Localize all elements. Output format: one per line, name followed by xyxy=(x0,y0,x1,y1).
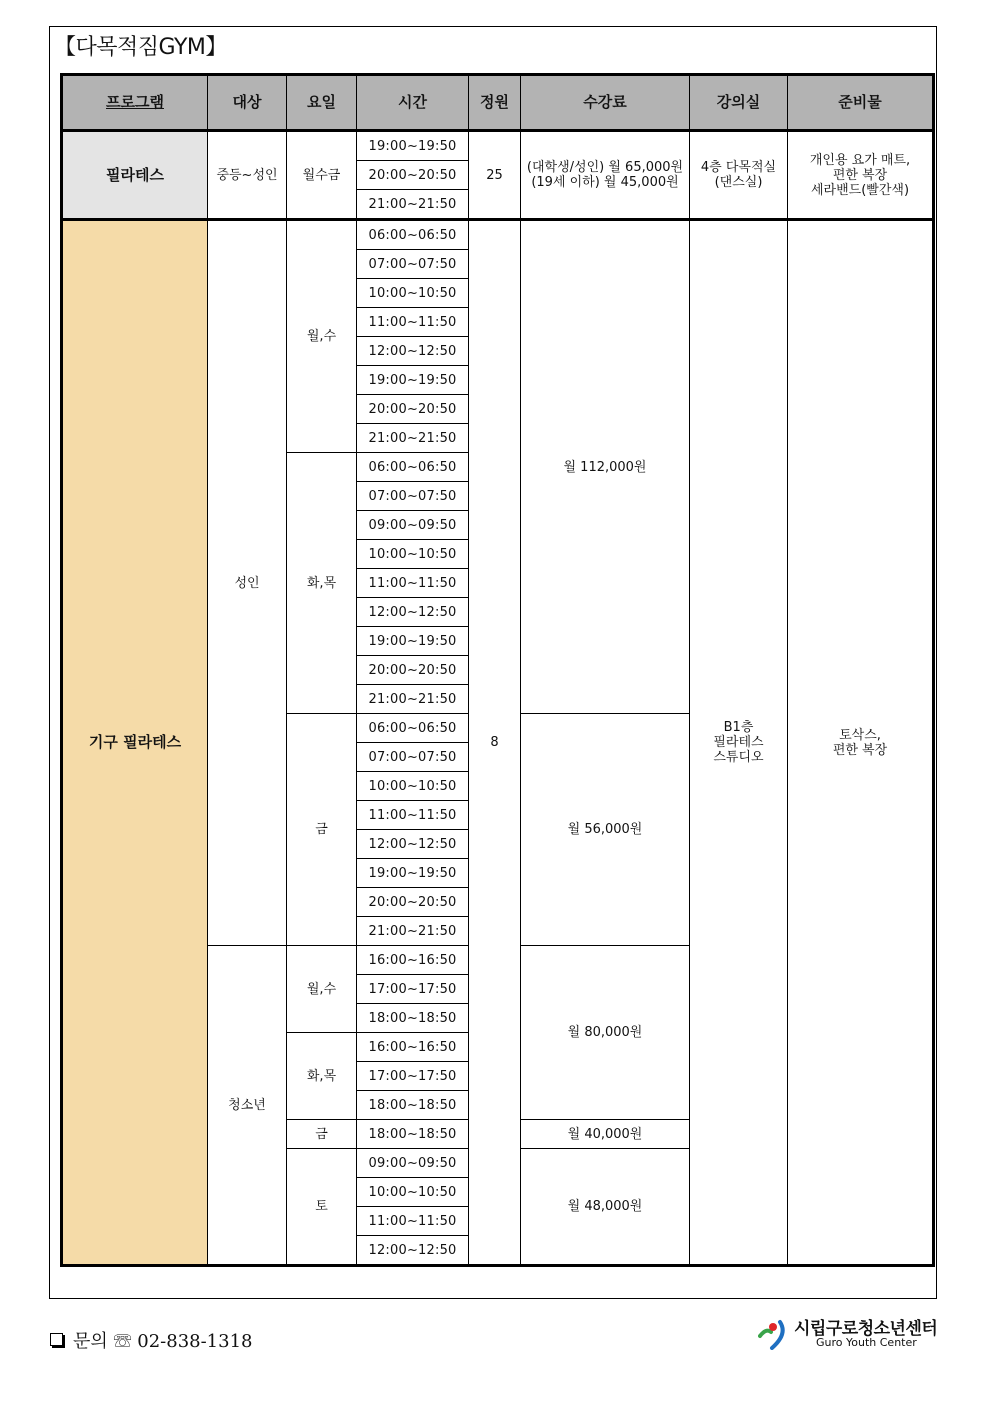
fee-cell: 월 112,000원 xyxy=(521,220,690,714)
guro-youth-center-logo-icon xyxy=(758,1318,788,1350)
time-cell: 10:00~10:50 xyxy=(357,772,469,801)
fee-cell: 월 48,000원 xyxy=(521,1149,690,1266)
time-cell: 11:00~11:50 xyxy=(357,308,469,337)
table-row: 기구 필라테스성인월,수06:00~06:508월 112,000원B1층 필라… xyxy=(62,220,934,250)
days-cell: 월,수 xyxy=(287,946,357,1033)
table-row: 필라테스중등~성인월수금19:00~19:5025(대학생/성인) 월 65,0… xyxy=(62,131,934,161)
capacity-cell: 25 xyxy=(469,131,521,220)
room-cell: B1층 필라테스 스튜디오 xyxy=(690,220,788,1266)
fee-cell: (대학생/성인) 월 65,000원 (19세 이하) 월 45,000원 xyxy=(521,131,690,220)
fee-cell: 월 80,000원 xyxy=(521,946,690,1120)
header-fee: 수강료 xyxy=(521,75,690,131)
capacity-cell: 8 xyxy=(469,220,521,1266)
time-cell: 06:00~06:50 xyxy=(357,714,469,743)
time-cell: 18:00~18:50 xyxy=(357,1091,469,1120)
time-cell: 21:00~21:50 xyxy=(357,685,469,714)
days-cell: 화,목 xyxy=(287,453,357,714)
contact-phone: 02-838-1318 xyxy=(137,1331,252,1352)
time-cell: 12:00~12:50 xyxy=(357,598,469,627)
time-cell: 10:00~10:50 xyxy=(357,279,469,308)
time-cell: 07:00~07:50 xyxy=(357,250,469,279)
header-time: 시간 xyxy=(357,75,469,131)
time-cell: 20:00~20:50 xyxy=(357,888,469,917)
time-cell: 12:00~12:50 xyxy=(357,1236,469,1266)
time-cell: 09:00~09:50 xyxy=(357,1149,469,1178)
telephone-icon: ☏ xyxy=(114,1331,132,1352)
room-cell: 4층 다목적실 (댄스실) xyxy=(690,131,788,220)
time-cell: 17:00~17:50 xyxy=(357,975,469,1004)
schedule-table: 프로그램 대상 요일 시간 정원 수강료 강의실 준비물 필라테스중등~성인월수… xyxy=(60,73,935,1267)
page-title: 【다목적짐GYM】 xyxy=(54,30,227,61)
header-target: 대상 xyxy=(208,75,287,131)
header-program: 프로그램 xyxy=(62,75,208,131)
supplies-cell: 개인용 요가 매트, 편한 복장 세라밴드(빨간색) xyxy=(788,131,934,220)
schedule-body: 필라테스중등~성인월수금19:00~19:5025(대학생/성인) 월 65,0… xyxy=(62,131,934,1266)
logo-name-en: Guro Youth Center xyxy=(816,1336,917,1349)
time-cell: 10:00~10:50 xyxy=(357,540,469,569)
time-cell: 20:00~20:50 xyxy=(357,395,469,424)
time-cell: 19:00~19:50 xyxy=(357,627,469,656)
time-cell: 11:00~11:50 xyxy=(357,1207,469,1236)
center-logo: 시립구로청소년센터 Guro Youth Center xyxy=(758,1314,948,1354)
header-capacity: 정원 xyxy=(469,75,521,131)
contact-label: 문의 xyxy=(73,1331,108,1352)
fee-cell: 월 40,000원 xyxy=(521,1120,690,1149)
time-cell: 21:00~21:50 xyxy=(357,190,469,220)
time-cell: 07:00~07:50 xyxy=(357,743,469,772)
time-cell: 17:00~17:50 xyxy=(357,1062,469,1091)
time-cell: 18:00~18:50 xyxy=(357,1120,469,1149)
time-cell: 19:00~19:50 xyxy=(357,131,469,161)
time-cell: 10:00~10:50 xyxy=(357,1178,469,1207)
square-bullet-icon xyxy=(50,1333,63,1346)
time-cell: 21:00~21:50 xyxy=(357,917,469,946)
time-cell: 21:00~21:50 xyxy=(357,424,469,453)
days-cell: 월,수 xyxy=(287,220,357,453)
fee-cell: 월 56,000원 xyxy=(521,714,690,946)
time-cell: 11:00~11:50 xyxy=(357,569,469,598)
time-cell: 20:00~20:50 xyxy=(357,656,469,685)
time-cell: 19:00~19:50 xyxy=(357,366,469,395)
time-cell: 09:00~09:50 xyxy=(357,511,469,540)
time-cell: 20:00~20:50 xyxy=(357,161,469,190)
time-cell: 12:00~12:50 xyxy=(357,337,469,366)
days-cell: 토 xyxy=(287,1149,357,1266)
header-days: 요일 xyxy=(287,75,357,131)
time-cell: 16:00~16:50 xyxy=(357,946,469,975)
time-cell: 19:00~19:50 xyxy=(357,859,469,888)
time-cell: 06:00~06:50 xyxy=(357,453,469,482)
time-cell: 11:00~11:50 xyxy=(357,801,469,830)
time-cell: 07:00~07:50 xyxy=(357,482,469,511)
target-cell: 청소년 xyxy=(208,946,287,1266)
program-cell: 필라테스 xyxy=(62,131,208,220)
days-cell: 화,목 xyxy=(287,1033,357,1120)
days-cell: 금 xyxy=(287,1120,357,1149)
table-header-row: 프로그램 대상 요일 시간 정원 수강료 강의실 준비물 xyxy=(62,75,934,131)
time-cell: 18:00~18:50 xyxy=(357,1004,469,1033)
time-cell: 16:00~16:50 xyxy=(357,1033,469,1062)
time-cell: 06:00~06:50 xyxy=(357,220,469,250)
supplies-cell: 토삭스, 편한 복장 xyxy=(788,220,934,1266)
contact-info: 문의 ☏ 02-838-1318 xyxy=(50,1327,252,1353)
header-supplies: 준비물 xyxy=(788,75,934,131)
days-cell: 금 xyxy=(287,714,357,946)
target-cell: 성인 xyxy=(208,220,287,946)
time-cell: 12:00~12:50 xyxy=(357,830,469,859)
program-cell: 기구 필라테스 xyxy=(62,220,208,1266)
header-room: 강의실 xyxy=(690,75,788,131)
days-cell: 월수금 xyxy=(287,131,357,220)
target-cell: 중등~성인 xyxy=(208,131,287,220)
